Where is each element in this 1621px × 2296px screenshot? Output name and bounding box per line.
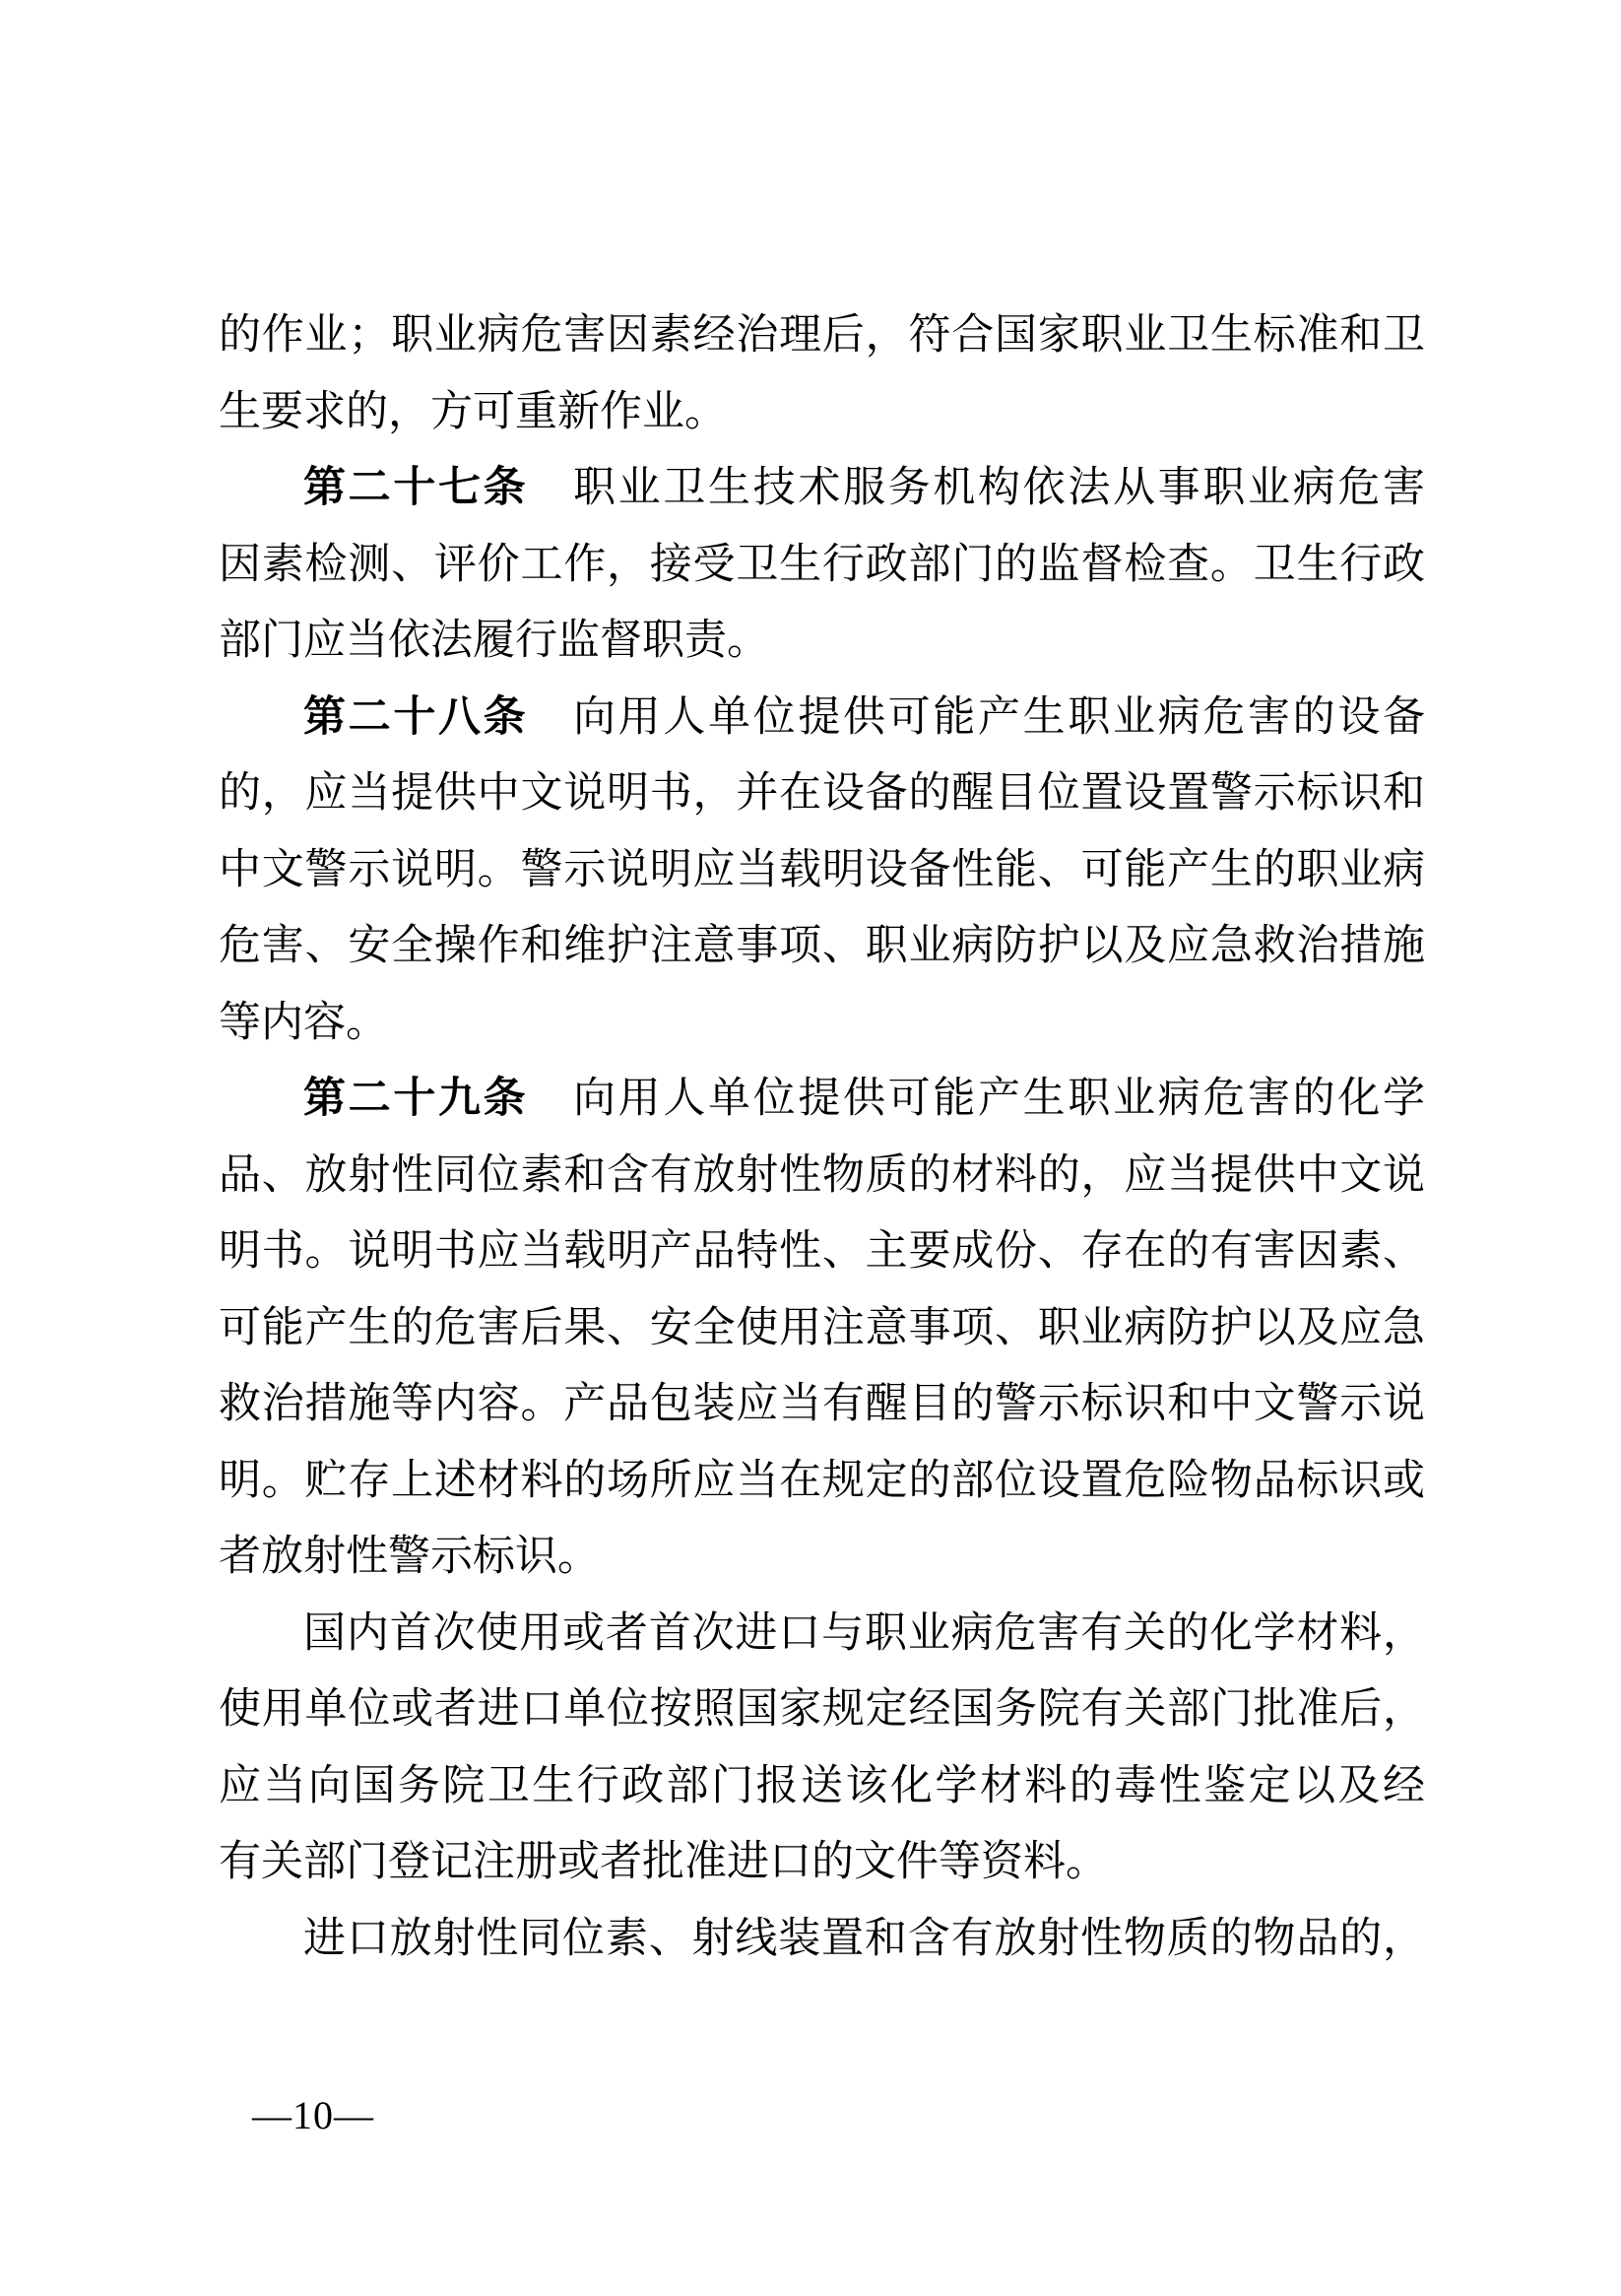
line-text: 的作业；职业病危害因素经治理后，符合国家职业卫生标准和卫 xyxy=(219,312,1425,359)
line-text: 的，应当提供中文说明书，并在设备的醒目位置设置警示标识和 xyxy=(219,770,1425,817)
text-line: 有关部门登记注册或者批准进口的文件等资料。 xyxy=(219,1824,1425,1901)
text-line: 等内容。 xyxy=(219,985,1425,1062)
text-line: 救治措施等内容。产品包装应当有醒目的警示标识和中文警示说 xyxy=(219,1366,1425,1443)
line-text: 中文警示说明。警示说明应当载明设备性能、可能产生的职业病 xyxy=(219,847,1425,893)
text-line: 明书。说明书应当载明产品特性、主要成份、存在的有害因素、 xyxy=(219,1214,1425,1290)
text-line: 生要求的，方可重新作业。 xyxy=(219,374,1425,451)
document-page: 的作业；职业病危害因素经治理后，符合国家职业卫生标准和卫生要求的，方可重新作业。… xyxy=(0,0,1621,2296)
text-line: 中文警示说明。警示说明应当载明设备性能、可能产生的职业病 xyxy=(219,832,1425,909)
line-text: 向用人单位提供可能产生职业病危害的化学 xyxy=(528,1076,1425,1122)
text-line: 部门应当依法履行监督职责。 xyxy=(219,603,1425,680)
line-text: 向用人单位提供可能产生职业病危害的设备 xyxy=(528,694,1425,741)
text-line: 国内首次使用或者首次进口与职业病危害有关的化学材料， xyxy=(219,1596,1425,1673)
line-text: 可能产生的危害后果、安全使用注意事项、职业病防护以及应急 xyxy=(219,1305,1425,1351)
line-text: 等内容。 xyxy=(219,1000,388,1046)
page-number: —10— xyxy=(252,2092,374,2139)
article-number: 第二十七条 xyxy=(303,464,528,511)
line-text: 进口放射性同位素、射线装置和含有放射性物质的物品的， xyxy=(303,1916,1425,1962)
text-line: 应当向国务院卫生行政部门报送该化学材料的毒性鉴定以及经 xyxy=(219,1748,1425,1825)
text-line: 因素检测、评价工作，接受卫生行政部门的监督检查。卫生行政 xyxy=(219,527,1425,604)
line-text: 危害、安全操作和维护注意事项、职业病防护以及应急救治措施 xyxy=(219,923,1425,969)
article-number: 第二十九条 xyxy=(303,1075,528,1122)
text-line: 危害、安全操作和维护注意事项、职业病防护以及应急救治措施 xyxy=(219,908,1425,985)
line-text: 国内首次使用或者首次进口与职业病危害有关的化学材料， xyxy=(303,1610,1425,1657)
text-line: 的作业；职业病危害因素经治理后，符合国家职业卫生标准和卫 xyxy=(219,297,1425,374)
article-number: 第二十八条 xyxy=(303,693,528,741)
text-line: 进口放射性同位素、射线装置和含有放射性物质的物品的， xyxy=(219,1901,1425,1978)
line-text: 生要求的，方可重新作业。 xyxy=(219,389,727,435)
line-text: 者放射性警示标识。 xyxy=(219,1534,600,1580)
line-text: 品、放射性同位素和含有放射性物质的材料的，应当提供中文说 xyxy=(219,1152,1425,1199)
line-text: 有关部门登记注册或者批准进口的文件等资料。 xyxy=(219,1839,1108,1885)
line-text: 明。贮存上述材料的场所应当在规定的部位设置危险物品标识或 xyxy=(219,1458,1425,1504)
line-text: 使用单位或者进口单位按照国家规定经国务院有关部门批准后， xyxy=(219,1686,1425,1733)
text-line: 使用单位或者进口单位按照国家规定经国务院有关部门批准后， xyxy=(219,1672,1425,1748)
line-text: 应当向国务院卫生行政部门报送该化学材料的毒性鉴定以及经 xyxy=(219,1763,1425,1809)
article-heading-line: 第二十九条 向用人单位提供可能产生职业病危害的化学 xyxy=(219,1061,1425,1138)
document-body: 的作业；职业病危害因素经治理后，符合国家职业卫生标准和卫生要求的，方可重新作业。… xyxy=(219,297,1425,1977)
line-text: 部门应当依法履行监督职责。 xyxy=(219,618,769,664)
line-text: 因素检测、评价工作，接受卫生行政部门的监督检查。卫生行政 xyxy=(219,542,1425,588)
text-line: 可能产生的危害后果、安全使用注意事项、职业病防护以及应急 xyxy=(219,1290,1425,1367)
line-text: 救治措施等内容。产品包装应当有醒目的警示标识和中文警示说 xyxy=(219,1381,1425,1427)
line-text: 明书。说明书应当载明产品特性、主要成份、存在的有害因素、 xyxy=(219,1228,1425,1275)
article-heading-line: 第二十七条 职业卫生技术服务机构依法从事职业病危害 xyxy=(219,450,1425,527)
text-line: 品、放射性同位素和含有放射性物质的材料的，应当提供中文说 xyxy=(219,1138,1425,1214)
article-heading-line: 第二十八条 向用人单位提供可能产生职业病危害的设备 xyxy=(219,680,1425,756)
line-text: 职业卫生技术服务机构依法从事职业病危害 xyxy=(528,465,1425,511)
text-line: 者放射性警示标识。 xyxy=(219,1519,1425,1596)
text-line: 明。贮存上述材料的场所应当在规定的部位设置危险物品标识或 xyxy=(219,1443,1425,1520)
text-line: 的，应当提供中文说明书，并在设备的醒目位置设置警示标识和 xyxy=(219,755,1425,832)
